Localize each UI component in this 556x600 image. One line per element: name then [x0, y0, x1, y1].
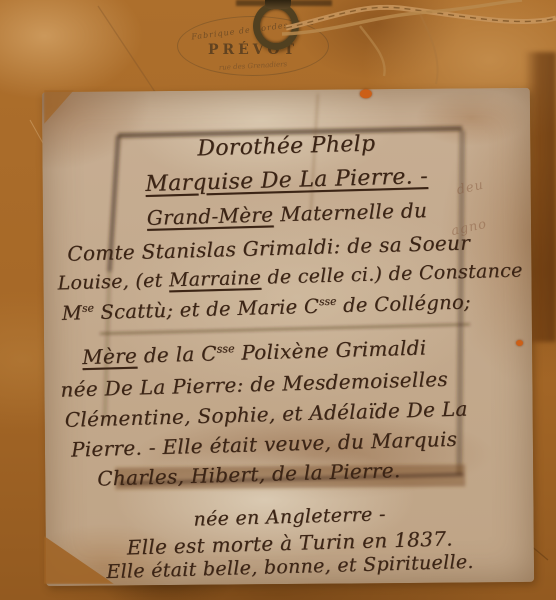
- paper-label: Dorothée Phelp Marquise De La Pierre. - …: [42, 88, 534, 586]
- photo-backing-board: Fabrique de Cordes chez PRÉVOT rue des G…: [0, 0, 556, 600]
- orange-chip-top: [360, 89, 372, 98]
- orange-chip-right: [516, 340, 523, 346]
